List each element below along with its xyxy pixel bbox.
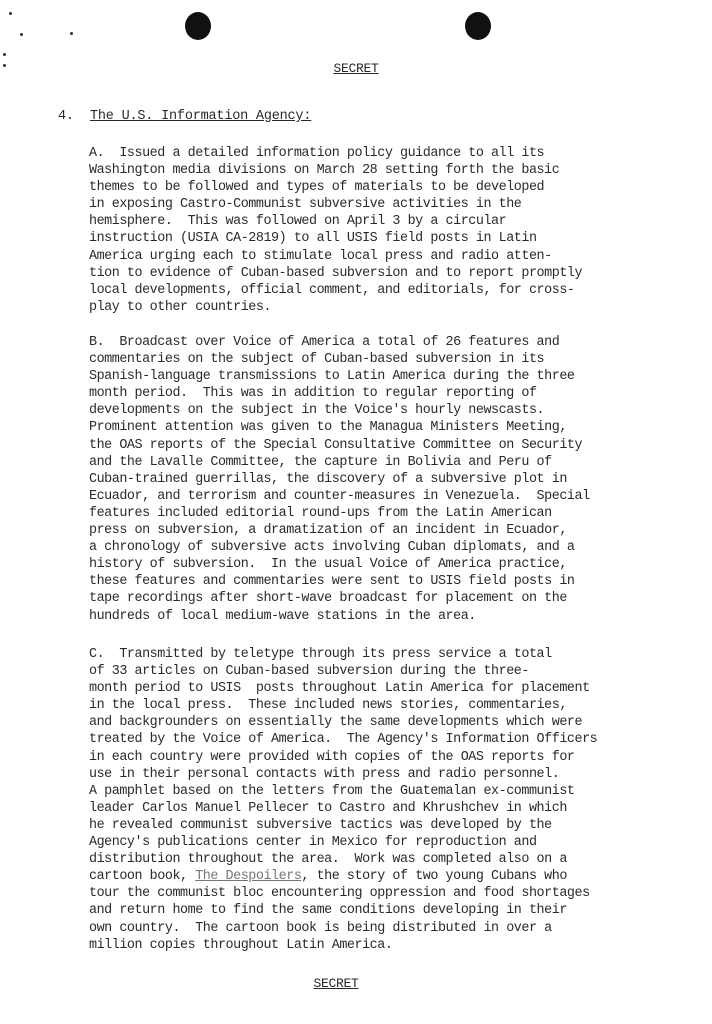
book-title: The Despoilers bbox=[195, 869, 301, 884]
classification-marking-top: SECRET bbox=[0, 61, 712, 76]
text-line: instruction (USIA CA-2819) to all USIS f… bbox=[89, 230, 689, 247]
scan-speck bbox=[3, 53, 6, 56]
text-line: Agency's publications center in Mexico f… bbox=[89, 834, 689, 851]
text-line: Ecuador, and terrorism and counter-measu… bbox=[89, 488, 689, 505]
text-line: tion to evidence of Cuban-based subversi… bbox=[89, 265, 689, 282]
section-heading: 4.The U.S. Information Agency: bbox=[58, 109, 311, 124]
text-line: history of subversion. In the usual Voic… bbox=[89, 556, 689, 573]
paragraph-b: B. Broadcast over Voice of America a tot… bbox=[89, 334, 689, 625]
text-line: distribution throughout the area. Work w… bbox=[89, 851, 689, 868]
text-line: cartoon book, The Despoilers, the story … bbox=[89, 868, 689, 885]
text-line: use in their personal contacts with pres… bbox=[89, 766, 689, 783]
text-line: developments on the subject in the Voice… bbox=[89, 402, 689, 419]
text-line: B. Broadcast over Voice of America a tot… bbox=[89, 334, 689, 351]
punch-hole-right bbox=[465, 12, 491, 40]
text-line: in each country were provided with copie… bbox=[89, 749, 689, 766]
text-line: hemisphere. This was followed on April 3… bbox=[89, 213, 689, 230]
scan-speck bbox=[20, 33, 23, 36]
text-line: press on subversion, a dramatization of … bbox=[89, 522, 689, 539]
text-line: in the local press. These included news … bbox=[89, 697, 689, 714]
paragraph-a: A. Issued a detailed information policy … bbox=[89, 145, 689, 316]
scan-speck bbox=[9, 12, 12, 15]
text-line: play to other countries. bbox=[89, 299, 689, 316]
text-line: month period. This was in addition to re… bbox=[89, 385, 689, 402]
text-line: Cuban-trained guerrillas, the discovery … bbox=[89, 471, 689, 488]
punch-hole-left bbox=[185, 12, 211, 40]
text-line: features included editorial round-ups fr… bbox=[89, 505, 689, 522]
text-line: the OAS reports of the Special Consultat… bbox=[89, 437, 689, 454]
text-line: America urging each to stimulate local p… bbox=[89, 248, 689, 265]
text-line: million copies throughout Latin America. bbox=[89, 937, 689, 954]
text-line: leader Carlos Manuel Pellecer to Castro … bbox=[89, 800, 689, 817]
text-line: Prominent attention was given to the Man… bbox=[89, 419, 689, 436]
text-line: Washington media divisions on March 28 s… bbox=[89, 162, 689, 179]
section-title: The U.S. Information Agency: bbox=[90, 109, 311, 124]
text-line: of 33 articles on Cuban-based subversion… bbox=[89, 663, 689, 680]
text-line: a chronology of subversive acts involvin… bbox=[89, 539, 689, 556]
text-line: themes to be followed and types of mater… bbox=[89, 179, 689, 196]
scan-speck bbox=[70, 32, 73, 35]
text-line: A pamphlet based on the letters from the… bbox=[89, 783, 689, 800]
section-number: 4. bbox=[58, 109, 90, 124]
text-line: he revealed communist subversive tactics… bbox=[89, 817, 689, 834]
text-line: tape recordings after short-wave broadca… bbox=[89, 590, 689, 607]
text-line: and return home to find the same conditi… bbox=[89, 902, 689, 919]
classification-marking-bottom: SECRET bbox=[0, 976, 692, 991]
text-line: local developments, official comment, an… bbox=[89, 282, 689, 299]
text-line: and the Lavalle Committee, the capture i… bbox=[89, 454, 689, 471]
paragraph-c: C. Transmitted by teletype through its p… bbox=[89, 646, 689, 954]
text-line: C. Transmitted by teletype through its p… bbox=[89, 646, 689, 663]
text-line: month period to USIS posts throughout La… bbox=[89, 680, 689, 697]
text-line: hundreds of local medium-wave stations i… bbox=[89, 608, 689, 625]
text-line: Spanish-language transmissions to Latin … bbox=[89, 368, 689, 385]
text-line: A. Issued a detailed information policy … bbox=[89, 145, 689, 162]
text-line: tour the communist bloc encountering opp… bbox=[89, 885, 689, 902]
text-line: treated by the Voice of America. The Age… bbox=[89, 731, 689, 748]
text-line: and backgrounders on essentially the sam… bbox=[89, 714, 689, 731]
text-line: commentaries on the subject of Cuban-bas… bbox=[89, 351, 689, 368]
text-line: these features and commentaries were sen… bbox=[89, 573, 689, 590]
text-line: own country. The cartoon book is being d… bbox=[89, 920, 689, 937]
text-line: in exposing Castro-Communist subversive … bbox=[89, 196, 689, 213]
